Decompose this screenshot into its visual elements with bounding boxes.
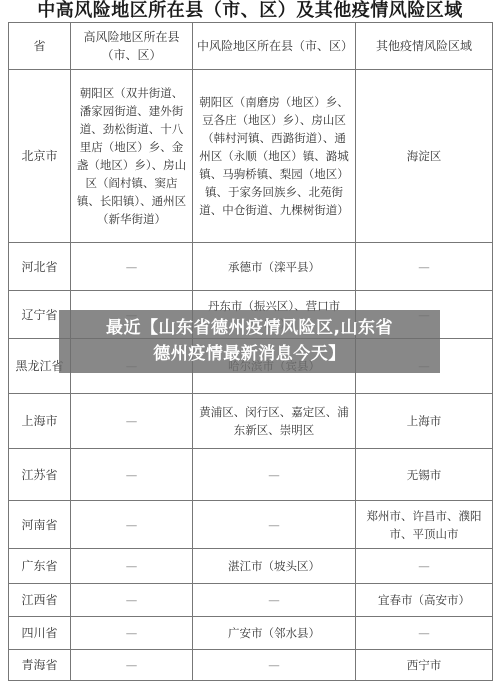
table-row: 江西省 — — 宜春市（高安市）: [9, 584, 493, 617]
province-cell: 江苏省: [9, 449, 71, 501]
other-risk-cell: 宜春市（高安市）: [356, 584, 493, 617]
other-risk-cell: —: [356, 549, 493, 584]
high-risk-cell: —: [71, 501, 193, 549]
medium-risk-cell: —: [193, 584, 356, 617]
medium-risk-cell: 朝阳区（南磨房（地区）乡、豆各庄（地区）乡）、房山区（韩村河镇、西潞街道）、通州…: [193, 70, 356, 243]
province-cell: 上海市: [9, 394, 71, 449]
header-medium-risk: 中风险地区所在县（市、区）: [193, 23, 356, 70]
header-province: 省: [9, 23, 71, 70]
province-cell: 河南省: [9, 501, 71, 549]
other-risk-cell: 海淀区: [356, 70, 493, 243]
table-row: 江苏省 — — 无锡市: [9, 449, 493, 501]
high-risk-cell: —: [71, 549, 193, 584]
overlay-line-1: 最近【山东省德州疫情风险区,山东省: [59, 315, 440, 341]
other-risk-cell: —: [356, 617, 493, 650]
province-cell: 广东省: [9, 549, 71, 584]
high-risk-cell: —: [71, 394, 193, 449]
table-header-row: 省 高风险地区所在县（市、区） 中风险地区所在县（市、区） 其他疫情风险区域: [9, 23, 493, 70]
high-risk-cell: —: [71, 650, 193, 681]
header-high-risk: 高风险地区所在县（市、区）: [71, 23, 193, 70]
table-row: 上海市 — 黄浦区、闵行区、嘉定区、浦东新区、崇明区 上海市: [9, 394, 493, 449]
medium-risk-cell: 黄浦区、闵行区、嘉定区、浦东新区、崇明区: [193, 394, 356, 449]
table-row: 青海省 — — 西宁市: [9, 650, 493, 681]
medium-risk-cell: 湛江市（坡头区）: [193, 549, 356, 584]
high-risk-cell: —: [71, 617, 193, 650]
high-risk-cell: —: [71, 449, 193, 501]
other-risk-cell: 上海市: [356, 394, 493, 449]
article-title-overlay: 最近【山东省德州疫情风险区,山东省 德州疫情最新消息今天】: [59, 310, 440, 373]
document-title: 中高风险地区所在县（市、区）及其他疫情风险区域: [0, 0, 500, 22]
province-cell: 四川省: [9, 617, 71, 650]
province-cell: 青海省: [9, 650, 71, 681]
other-risk-cell: 西宁市: [356, 650, 493, 681]
header-other-risk: 其他疫情风险区域: [356, 23, 493, 70]
high-risk-cell: 朝阳区（双井街道、潘家园街道、建外街道、劲松街道、十八里店（地区）乡、金盏（地区…: [71, 70, 193, 243]
other-risk-cell: 无锡市: [356, 449, 493, 501]
medium-risk-cell: 承德市（滦平县）: [193, 243, 356, 291]
table-row: 广东省 — 湛江市（坡头区） —: [9, 549, 493, 584]
other-risk-cell: —: [356, 243, 493, 291]
other-risk-cell: 郑州市、许昌市、濮阳市、平顶山市: [356, 501, 493, 549]
table-row: 河南省 — — 郑州市、许昌市、濮阳市、平顶山市: [9, 501, 493, 549]
province-cell: 河北省: [9, 243, 71, 291]
high-risk-cell: —: [71, 243, 193, 291]
medium-risk-cell: —: [193, 650, 356, 681]
table-row: 河北省 — 承德市（滦平县） —: [9, 243, 493, 291]
medium-risk-cell: —: [193, 449, 356, 501]
province-cell: 北京市: [9, 70, 71, 243]
overlay-line-2: 德州疫情最新消息今天】: [59, 341, 440, 367]
medium-risk-cell: 广安市（邻水县）: [193, 617, 356, 650]
table-row: 北京市 朝阳区（双井街道、潘家园街道、建外街道、劲松街道、十八里店（地区）乡、金…: [9, 70, 493, 243]
province-cell: 江西省: [9, 584, 71, 617]
medium-risk-cell: —: [193, 501, 356, 549]
table-row: 四川省 — 广安市（邻水县） —: [9, 617, 493, 650]
high-risk-cell: —: [71, 584, 193, 617]
